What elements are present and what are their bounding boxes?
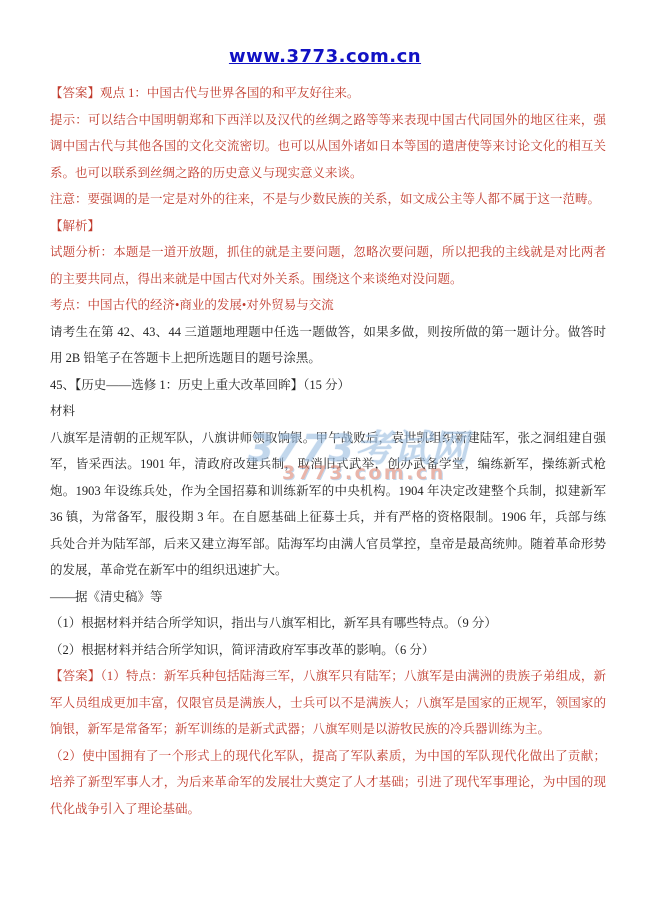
document-page: www.3773.com.cn 3773考试网 3773.com.cn 【答案】…: [0, 0, 650, 919]
question-45-title: 45、【历史——选修 1：历史上重大改革回眸】（15 分）: [50, 372, 606, 399]
answer-part-2: （2）使中国拥有了一个形式上的现代化军队，提高了军队素质，为中国的军队现代化做出…: [50, 743, 606, 823]
site-header: www.3773.com.cn: [0, 46, 650, 67]
question-part-2: （2）根据材料并结合所学知识，简评清政府军事改革的影响。（6 分）: [50, 637, 606, 664]
analysis-header: 【解析】: [50, 213, 606, 240]
hint-paragraph: 提示：可以结合中国明朝郑和下西洋以及汉代的丝绸之路等等来表现中国古代同国外的地区…: [50, 107, 606, 187]
material-paragraph: 八旗军是清朝的正规军队，八旗讲师领取饷银。甲午战败后，袁世凯组织新建陆军，张之洞…: [50, 425, 606, 584]
analysis-paragraph: 试题分析：本题是一道开放题，抓住的就是主要问题，忽略次要问题，所以把我的主线就是…: [50, 239, 606, 292]
instruction-paragraph: 请考生在第 42、43、44 三道题地理题中任选一题做答，如果多做，则按所做的第…: [50, 319, 606, 372]
exam-point-paragraph: 考点：中国古代的经济•商业的发展•对外贸易与交流: [50, 292, 606, 319]
document-body: 【答案】观点 1：中国古代与世界各国的和平友好往来。 提示：可以结合中国明朝郑和…: [50, 80, 606, 822]
material-label: 材料: [50, 398, 606, 425]
note-paragraph: 注意：要强调的是一定是对外的往来，不是与少数民族的关系，如文成公主等人都不属于这…: [50, 186, 606, 213]
source-citation: ——据《清史稿》等: [50, 584, 606, 611]
answer-viewpoint-paragraph: 【答案】观点 1：中国古代与世界各国的和平友好往来。: [50, 80, 606, 107]
answer-part-1: 【答案】（1）特点：新军兵种包括陆海三军，八旗军只有陆军；八旗军是由满洲的贵族子…: [50, 663, 606, 743]
question-part-1: （1）根据材料并结合所学知识，指出与八旗军相比，新军具有哪些特点。（9 分）: [50, 610, 606, 637]
site-url-link[interactable]: www.3773.com.cn: [229, 46, 421, 67]
